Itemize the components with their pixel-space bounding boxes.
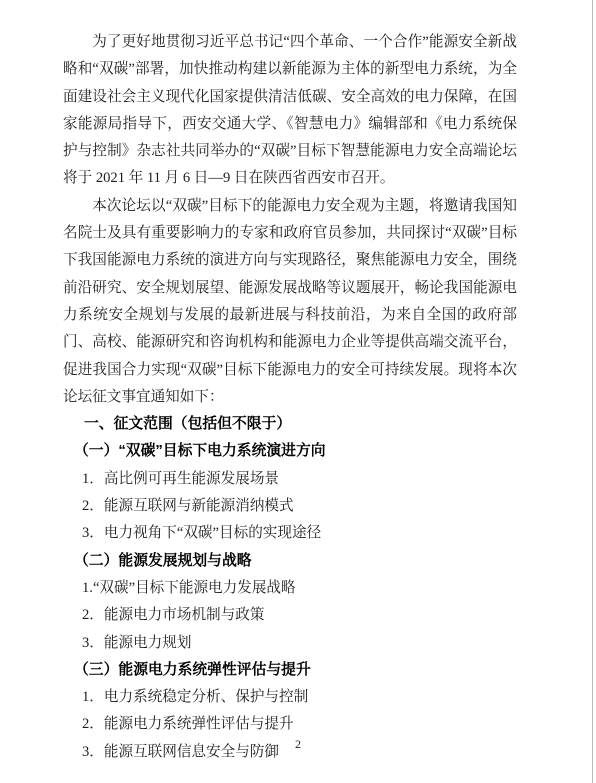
list-item: 3．能源电力规划 (63, 630, 517, 657)
page-number: 2 (0, 737, 596, 752)
list-item: 2．能源互联网与新能源消纳模式 (63, 493, 517, 520)
list-item: 2．能源电力系统弹性评估与提升 (63, 711, 517, 738)
page-right-border (592, 0, 593, 783)
document-page: 为了更好地贯彻习近平总书记“四个革命、一个合作”能源安全新战略和“双碳”部署，加… (0, 0, 596, 783)
list-item: 3．电力视角下“双碳”目标的实现途径 (63, 520, 517, 547)
subsection-heading-2: （二）能源发展规划与战略 (63, 548, 517, 575)
subsection-heading-3: （三）能源电力系统弹性评估与提升 (63, 657, 517, 684)
list-item: 2．能源电力市场机制与政策 (63, 602, 517, 629)
intro-paragraph-2: 本次论坛以“双碳”目标下的能源电力安全观为主题，将邀请我国知名院士及具有重要影响… (63, 193, 517, 411)
section-heading-call-for-papers: 一、征文范围（包括但不限于） (63, 411, 517, 438)
document-body: 为了更好地贯彻习近平总书记“四个革命、一个合作”能源安全新战略和“双碳”部署，加… (63, 29, 517, 766)
intro-paragraph-1: 为了更好地贯彻习近平总书记“四个革命、一个合作”能源安全新战略和“双碳”部署，加… (63, 29, 517, 193)
list-item: 1.“双碳”目标下能源电力发展战略 (63, 575, 517, 602)
list-item: 1．电力系统稳定分析、保护与控制 (63, 684, 517, 711)
list-item: 1．高比例可再生能源发展场景 (63, 466, 517, 493)
subsection-heading-1: （一）“双碳”目标下电力系统演进方向 (63, 438, 517, 465)
